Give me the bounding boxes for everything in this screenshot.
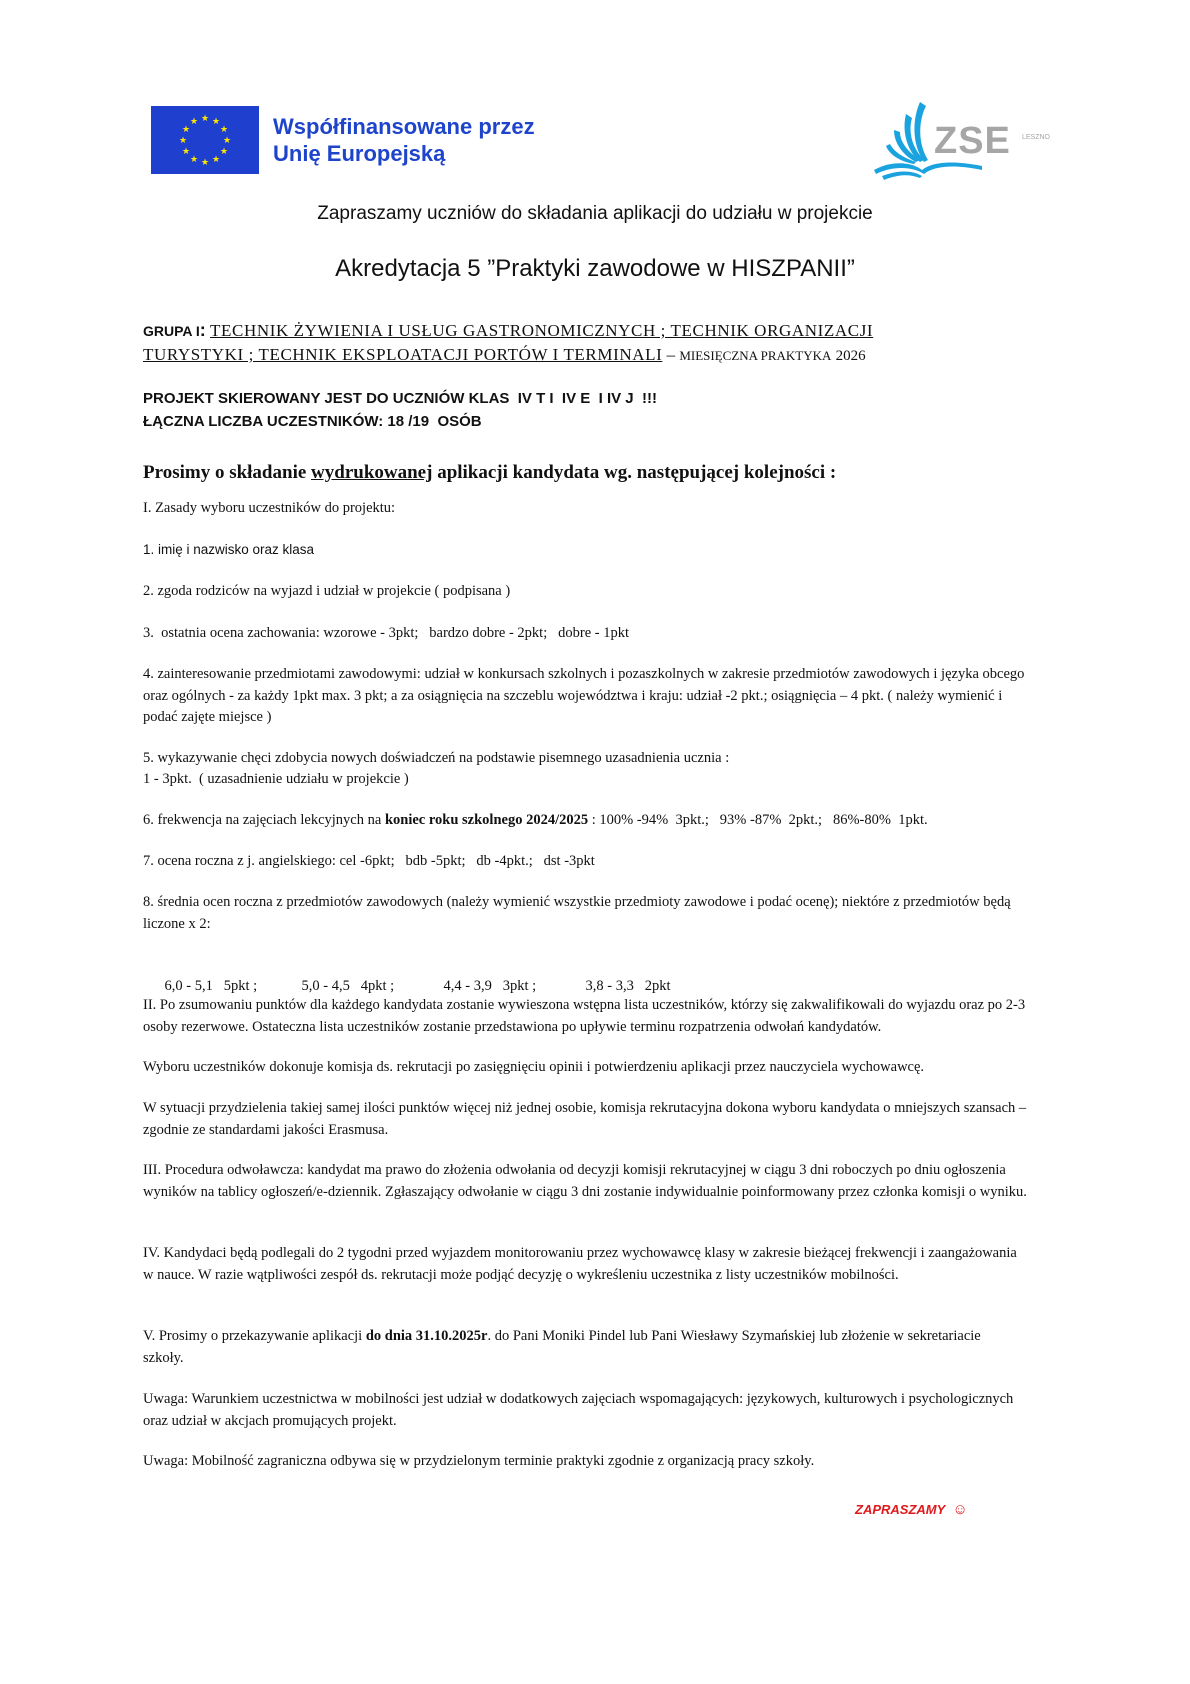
instructions-suffix: aplikacji kandydata wg. następującej kol… (432, 462, 836, 483)
star-icon: ★ (223, 136, 231, 145)
note-2: Uwaga: Mobilność zagraniczna odbywa się … (143, 1451, 1053, 1473)
criterion-8: 8. średnia ocen roczna z przedmiotów zaw… (143, 892, 1038, 935)
section1-title: I. Zasady wyboru uczestników do projektu… (143, 498, 1053, 520)
section4-monitoring: IV. Kandydaci będą podlegali do 2 tygodn… (143, 1243, 1023, 1286)
criterion-6-bold: koniec roku szkolnego 2024/2025 (385, 812, 588, 828)
grade-range: 3,8 - 3,3 2pkt (586, 976, 671, 998)
instructions-prefix: Prosimy o składanie (143, 462, 311, 483)
star-icon: ★ (179, 136, 187, 145)
criterion-3: 3. ostatnia ocena zachowania: wzorowe - … (143, 623, 1053, 645)
instructions-underlined: wydrukowanej (311, 462, 432, 483)
group-dash: – (662, 345, 679, 364)
eu-logo-line1: Współfinansowane przez (273, 113, 535, 140)
group-colon: : (200, 320, 206, 340)
star-icon: ★ (201, 158, 209, 167)
smiley-icon: ☺ (953, 1501, 968, 1518)
star-icon: ★ (190, 155, 198, 164)
deadline-date: do dnia 31.10.2025r (366, 1328, 488, 1344)
section5-deadline: V. Prosimy o przekazywanie aplikacji do … (143, 1326, 1013, 1369)
criterion-5-points: 1 - 3pkt. ( uzasadnienie udziału w proje… (143, 769, 1053, 791)
project-info: PROJEKT SKIEROWANY JEST DO UCZNIÓW KLAS … (143, 387, 657, 433)
closing-text: ZAPRASZAMY (855, 1502, 945, 1517)
group-professions: GRUPA I: TECHNIK ŻYWIENIA I USŁUG GASTRO… (143, 318, 1043, 368)
school-logo-name: ZSE (934, 120, 1011, 163)
criterion-1: 1. imię i nazwisko oraz klasa (143, 539, 1053, 561)
section2-p2: Wyboru uczestników dokonuje komisja ds. … (143, 1057, 1053, 1079)
grade-range: 4,4 - 3,9 3pkt ; (444, 976, 586, 998)
grade-range: 5,0 - 4,5 4pkt ; (302, 976, 444, 998)
star-icon: ★ (220, 125, 228, 134)
star-icon: ★ (212, 117, 220, 126)
criterion-6-suffix: : 100% -94% 3pkt.; 93% -87% 2pkt.; 86%-8… (588, 812, 928, 828)
section2-p1: II. Po zsumowaniu punktów dla każdego ka… (143, 995, 1053, 1038)
section2-p3: W sytuacji przydzielenia takiej samej il… (143, 1098, 1053, 1141)
section5-prefix: V. Prosimy o przekazywanie aplikacji (143, 1328, 366, 1344)
group-professions-line2: TURYSTYKI ; TECHNIK EKSPLOATACJI PORTÓW … (143, 345, 662, 364)
practice-year: 2026 (836, 348, 866, 364)
closing-invitation: ZAPRASZAMY ☺ (855, 1501, 968, 1518)
group-professions-line1: TECHNIK ŻYWIENIA I USŁUG GASTRONOMICZNYC… (210, 321, 873, 340)
grade-range: 6,0 - 5,1 5pkt ; (165, 976, 302, 998)
star-icon: ★ (201, 114, 209, 123)
page-title: Akredytacja 5 ”Praktyki zawodowe w HISZP… (0, 255, 1190, 283)
participants-count: ŁĄCZNA LICZBA UCZESTNIKÓW: 18 /19 OSÓB (143, 410, 657, 433)
school-logo-city: LESZNO (1022, 134, 1050, 141)
invitation-text: Zapraszamy uczniów do składania aplikacj… (0, 203, 1190, 225)
star-icon: ★ (212, 155, 220, 164)
project-target: PROJEKT SKIEROWANY JEST DO UCZNIÓW KLAS … (143, 387, 657, 410)
criterion-2: 2. zgoda rodziców na wyjazd i udział w p… (143, 581, 1053, 603)
star-icon: ★ (182, 125, 190, 134)
document-page: ★★★★★★★★★★★★ Współfinansowane przez Unię… (0, 0, 1190, 1684)
eu-flag-icon: ★★★★★★★★★★★★ (151, 106, 259, 174)
eu-logo-line2: Unię Europejską (273, 140, 535, 167)
criterion-4: 4. zainteresowanie przedmiotami zawodowy… (143, 664, 1038, 729)
eu-cofunded-logo: ★★★★★★★★★★★★ Współfinansowane przez Unię… (151, 106, 535, 174)
practice-duration: MIESIĘCZNA PRAKTYKA (679, 348, 831, 363)
criterion-5: 5. wykazywanie chęci zdobycia nowych doś… (143, 748, 1053, 770)
star-icon: ★ (182, 147, 190, 156)
school-logo: ZSE LESZNO (872, 100, 1052, 182)
star-icon: ★ (190, 117, 198, 126)
criterion-6-prefix: 6. frekwencja na zajęciach lekcyjnych na (143, 812, 385, 828)
criterion-6: 6. frekwencja na zajęciach lekcyjnych na… (143, 810, 1053, 832)
instructions-heading: Prosimy o składanie wydrukowanej aplikac… (143, 462, 836, 484)
criterion-7: 7. ocena roczna z j. angielskiego: cel -… (143, 851, 1053, 873)
note-1: Uwaga: Warunkiem uczestnictwa w mobilnoś… (143, 1389, 1023, 1432)
star-icon: ★ (220, 147, 228, 156)
eu-logo-text: Współfinansowane przez Unię Europejską (273, 113, 535, 167)
group-label: GRUPA I (143, 323, 200, 339)
section3-appeal: III. Procedura odwoławcza: kandydat ma p… (143, 1160, 1043, 1203)
